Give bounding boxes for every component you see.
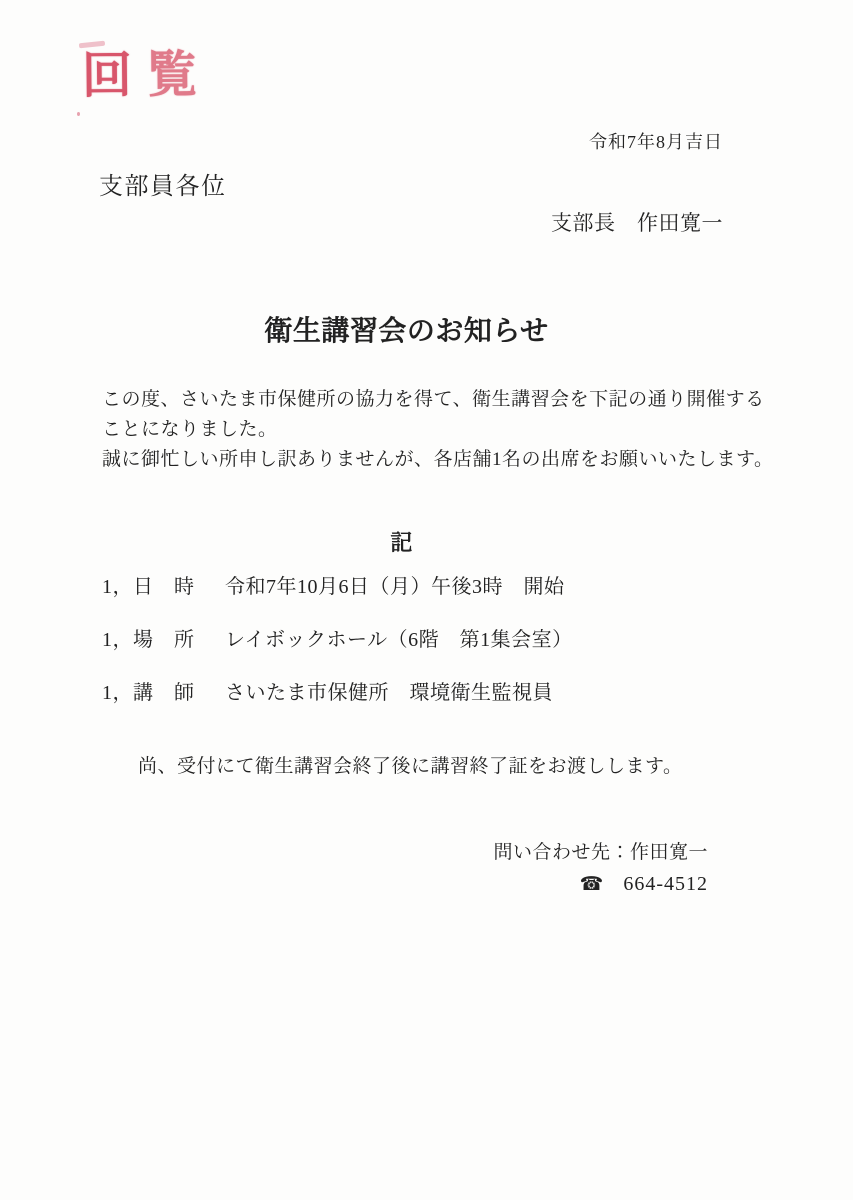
body-paragraph: この度、さいたま市保健所の協力を得て、衛生講習会を下記の通り開催する ことになり… [102,385,773,475]
detail-item-value: さいたま市保健所 環境衛生監視員 [225,681,553,705]
detail-item-datetime: 1，日 時 令和7年10月6日（月）午後3時 開始 [102,575,573,599]
detail-item-value: 令和7年10月6日（月）午後3時 開始 [225,575,565,599]
document-date: 令和7年8月吉日 [589,128,723,154]
sender-line: 支部長 作田寛一 [551,207,723,237]
stamp-char-ran: 覧 [147,46,198,103]
detail-item-place: 1，場 所 レイボックホール（6階 第1集会室） [102,628,573,652]
detail-item-label: 1，日 時 [102,575,225,599]
detail-items-list: 1，日 時 令和7年10月6日（月）午後3時 開始 1，場 所 レイボックホール… [102,575,573,734]
document-title: 衛生講習会のお知らせ [264,309,548,349]
detail-item-label: 1，場 所 [102,628,225,652]
kairan-circulation-stamp: 回覧 [82,49,198,100]
detail-item-label: 1，講 師 [102,681,225,705]
telephone-icon: ☎ [580,874,604,895]
detail-item-value: レイボックホール（6階 第1集会室） [225,628,573,652]
phone-number: 664-4512 [623,873,708,895]
body-line-1: この度、さいたま市保健所の協力を得て、衛生講習会を下記の通り開催する [102,385,773,415]
stamp-char-kai: 回 [82,47,133,104]
stamp-ink-dot [77,112,80,116]
phone-line: ☎664-4512 [493,872,708,897]
detail-item-lecturer: 1，講 師 さいたま市保健所 環境衛生監視員 [102,681,573,705]
body-line-2: ことになりました。 [102,415,773,445]
scanned-notice-page: 回覧 令和7年8月吉日 支部員各位 支部長 作田寛一 衛生講習会のお知らせ この… [0,0,853,1200]
body-line-3: 誠に御忙しい所申し訳ありませんが、各店舗1名の出席をお願いいたします。 [102,445,773,475]
recipient-line: 支部員各位 [99,166,227,201]
record-heading: 記 [390,526,412,557]
contact-block: 問い合わせ先：作田寛一 ☎664-4512 [493,840,708,897]
contact-person-line: 問い合わせ先：作田寛一 [493,840,708,866]
closing-note: 尚、受付にて衛生講習会終了後に講習終了証をお渡しします。 [138,751,682,778]
